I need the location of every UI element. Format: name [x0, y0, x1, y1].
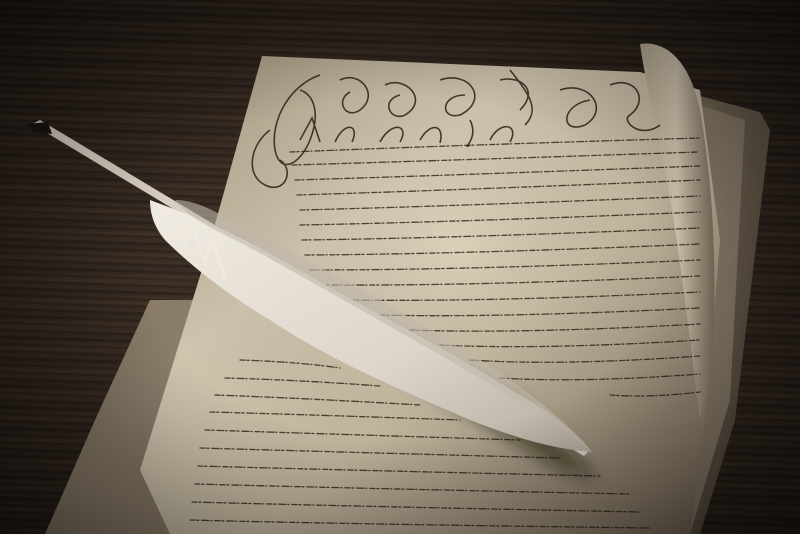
manuscript-illustration: [0, 0, 800, 534]
photo-scene: Wir Anton Günther: [0, 0, 800, 534]
